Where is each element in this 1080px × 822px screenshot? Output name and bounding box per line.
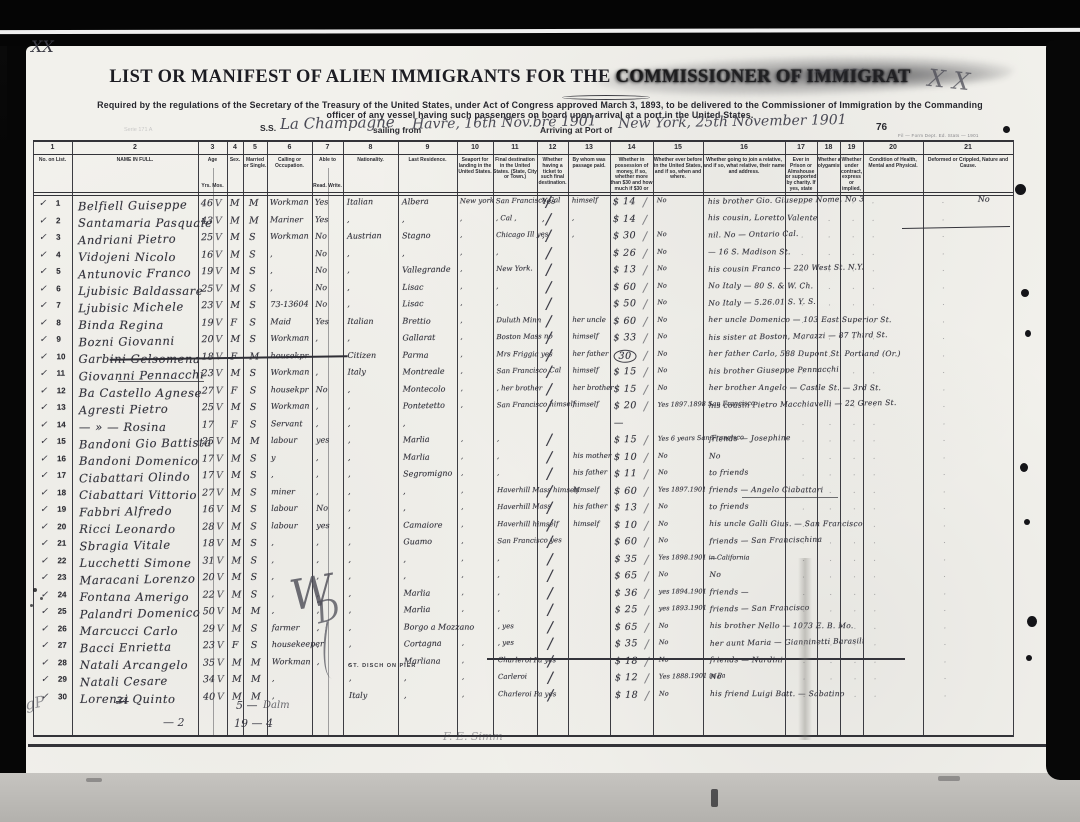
cell-mar: M	[250, 436, 260, 447]
cell-able: ,	[316, 368, 319, 377]
cell-money: $ 30	[613, 230, 636, 241]
cell-no: 3	[56, 233, 61, 242]
ditto-dot: ·	[852, 301, 854, 309]
cell-nat: ,	[349, 605, 352, 614]
ditto-dot: ·	[873, 437, 875, 445]
cell-before: No	[657, 248, 667, 256]
money-slash: ∕	[644, 383, 648, 397]
cell-port: ,	[462, 622, 464, 630]
cell-chk: ✓	[41, 607, 49, 617]
cell-able: ,	[316, 555, 319, 564]
cell-no: 21	[57, 539, 66, 548]
cell-rel: his friend Luigi Batt. — Sabatino	[710, 689, 845, 698]
cell-res: ,	[403, 555, 406, 564]
ditto-dot: ·	[854, 607, 856, 615]
cell-occ: ,	[272, 606, 275, 615]
column-number: 21	[923, 141, 1013, 153]
cell-nat: Austrian	[347, 231, 382, 241]
ticket-slash: ∕	[546, 278, 551, 296]
cell-occ: Servant	[271, 419, 303, 428]
enumerator-tick: V	[215, 250, 222, 261]
cell-name: Ricci Leonardo	[79, 522, 175, 536]
cell-before: Yes 1897.1901	[658, 486, 706, 494]
cell-before: No	[659, 690, 669, 698]
ditto-dot: ·	[872, 251, 874, 259]
ditto-dot: ·	[801, 285, 803, 293]
cell-occ: ,	[272, 674, 275, 683]
cell-no: 27	[58, 641, 67, 650]
cell-dest: Haverhill Mass	[497, 502, 551, 511]
cell-mar: M	[251, 606, 261, 617]
money-slash: ∕	[645, 689, 649, 703]
column-number: 4	[227, 141, 243, 153]
cell-rel: No	[710, 672, 722, 681]
enumerator-tick: V	[217, 606, 224, 617]
cell-rel: his brother Nello — 1073 E. B. Mo.	[710, 621, 854, 630]
ink-blot	[1027, 616, 1037, 627]
cell-dest: Chicago Ill yes	[496, 230, 548, 239]
cell-money: $ 15	[614, 384, 637, 395]
summary-dalm: Dalm	[263, 700, 290, 711]
cell-mar: S	[250, 521, 257, 532]
ditto-dot: ·	[830, 675, 832, 683]
ditto-dot: ·	[943, 522, 945, 530]
cell-name: Binda Regina	[78, 318, 163, 332]
money-slash: ∕	[645, 603, 649, 617]
cell-occ: ,	[271, 572, 274, 581]
ticket-slash: ∕	[547, 431, 552, 449]
cell-no: 2	[56, 216, 60, 225]
cell-occ: Mariner	[270, 215, 303, 224]
money-slash: ∕	[644, 485, 648, 499]
cell-mar: S	[250, 487, 257, 498]
cell-before: No	[657, 298, 667, 306]
enumerator-tick: V	[215, 318, 222, 329]
ditto-dot: ·	[854, 625, 856, 633]
cell-mar: M	[251, 674, 261, 685]
ticket-slash: ∕	[547, 499, 552, 517]
ditto-dot: ·	[801, 301, 803, 309]
cell-occ: ,	[271, 555, 274, 564]
ditto-dot: ·	[872, 285, 874, 293]
ticket-slash: ∕	[547, 567, 552, 585]
column-header: Condition of Health, Mental and Physical…	[863, 156, 923, 192]
ditto-dot: ·	[852, 285, 854, 293]
cell-no: 24	[58, 590, 67, 599]
ticket-slash: ∕	[547, 465, 552, 483]
cell-yrs: 23	[202, 368, 214, 379]
ditto-dot: ·	[801, 319, 803, 327]
cell-port: ,	[462, 588, 464, 596]
cell-able: ,	[316, 470, 319, 479]
cell-rel: nil. No — Ontario Cal.	[708, 229, 799, 240]
cell-nat: Italian	[347, 317, 373, 326]
cell-nat: ,	[348, 571, 351, 580]
ink-spatter	[40, 597, 43, 600]
ticket-slash: ∕	[548, 618, 553, 636]
cell-money: $ 14	[613, 196, 636, 207]
cell-res: ,	[403, 571, 406, 580]
cell-occ: labour	[271, 436, 297, 445]
cell-no: 17	[57, 471, 66, 480]
ditto-dot: ·	[943, 352, 945, 360]
ditto-dot: ·	[829, 557, 831, 565]
cell-yrs: 23	[203, 640, 215, 651]
cell-res: Camaiore	[403, 521, 442, 530]
cell-mar: S	[250, 385, 257, 396]
cell-sex: M	[230, 198, 240, 209]
ticket-slash: ∕	[547, 550, 552, 568]
cell-money: $ 33	[613, 332, 636, 343]
column-header: No. on List.	[33, 156, 72, 192]
cell-yrs: 17	[202, 454, 214, 465]
cell-res: Brettio	[402, 317, 430, 326]
ditto-dot: ·	[802, 455, 804, 463]
cell-mar: S	[250, 402, 257, 413]
cell-yrs: 25	[201, 232, 213, 243]
cell-sex: M	[231, 436, 241, 447]
cell-able: Yes	[315, 197, 329, 206]
column-number: 10	[457, 141, 493, 153]
ticket-slash: ∕	[547, 397, 552, 415]
cell-money: $ 18	[615, 690, 638, 701]
enumerator-tick: V	[217, 658, 224, 669]
cell-nat: ,	[347, 299, 350, 308]
ditto-dot: ·	[944, 658, 946, 666]
cell-res: Marlia	[404, 605, 431, 614]
cell-dest: ,	[497, 469, 499, 477]
ditto-dot: ·	[874, 625, 876, 633]
ditto-dot: ·	[830, 591, 832, 599]
cell-mar: M	[251, 657, 261, 668]
ditto-dot: ·	[853, 573, 855, 581]
ditto-dot: ·	[828, 251, 830, 259]
cell-port: ,	[461, 469, 463, 477]
cell-mar: S	[250, 368, 257, 379]
money-slash: ∕	[643, 247, 647, 261]
cell-port: ,	[461, 435, 463, 443]
ditto-dot: ·	[854, 659, 856, 667]
cell-no: 7	[56, 301, 61, 310]
cell-rel: —	[709, 553, 717, 562]
cell-name: — » — Rosina	[79, 420, 167, 434]
cell-chk: ✓	[40, 437, 48, 447]
cell-chk: ✓	[39, 284, 47, 294]
enumerator-tick: V	[216, 556, 223, 567]
cell-dest: ,	[496, 248, 498, 256]
cell-occ: y	[271, 453, 276, 462]
ditto-dot: ·	[829, 387, 831, 395]
cell-before: No	[658, 452, 668, 460]
cell-mar: S	[250, 470, 257, 481]
cell-chk: ✓	[40, 420, 48, 430]
cell-res: Stagno	[402, 231, 431, 240]
cell-mar: S	[251, 640, 258, 651]
cell-dest: ,	[496, 282, 498, 290]
cell-able: ,	[317, 640, 320, 649]
ticket-slash: ∕	[548, 652, 553, 670]
cell-occ: Workman	[272, 657, 311, 666]
ditto-dot: ·	[872, 233, 874, 241]
cell-pay: himself	[573, 366, 599, 374]
ditto-dot: ·	[873, 403, 875, 411]
cell-nat: ,	[348, 453, 351, 462]
cell-nat: ,	[348, 469, 351, 478]
cell-sex: M	[231, 487, 241, 498]
cell-res: Segromigno	[403, 469, 452, 479]
ticket-slash: ∕	[547, 533, 552, 551]
ditto-dot: ·	[852, 199, 854, 207]
ditto-dot: ·	[828, 285, 830, 293]
cell-sex: M	[231, 368, 241, 379]
column-header: Ever in Prison or Almshouse or supported…	[785, 156, 817, 192]
cell-occ: ,	[271, 538, 274, 547]
enumerator-tick: V	[216, 522, 223, 533]
cell-rel: — 16 S. Madison St.	[708, 247, 791, 256]
ticket-slash: ∕	[546, 295, 551, 313]
manifest-scan: XX Serie 171 A LIST OR MANIFEST OF ALIEN…	[0, 0, 1080, 822]
cell-name: Fontana Amerigo	[80, 590, 190, 604]
money-slash: ∕	[644, 553, 648, 567]
enumerator-tick: V	[217, 674, 224, 685]
ticket-slash: ∕	[546, 329, 551, 347]
cell-res: Marlia	[403, 435, 430, 444]
scan-top-bar	[0, 0, 1080, 46]
ditto-dot: ·	[873, 557, 875, 565]
cell-able: Yes	[315, 317, 328, 326]
cell-rel: his cousin Franco — 220 West St. N.Y.	[708, 262, 864, 274]
cell-mar: S	[249, 300, 256, 311]
ditto-dot: ·	[874, 675, 876, 683]
cell-yrs: 25	[202, 436, 214, 447]
column-number: 19	[840, 141, 863, 153]
ditto-dot: ·	[942, 301, 944, 309]
cell-port: ,	[461, 367, 463, 375]
cell-yrs: 17	[202, 420, 214, 431]
cell-no: 6	[56, 284, 60, 293]
ticket-slash: ∕	[546, 312, 551, 330]
cell-before: No	[659, 656, 669, 664]
cell-nat: ,	[348, 401, 351, 410]
money-slash: ∕	[644, 365, 648, 379]
top-right-mark: X X	[927, 64, 972, 96]
cell-port: ,	[460, 299, 462, 307]
ditto-dot: ·	[829, 505, 831, 513]
cell-yrs: 27	[202, 488, 214, 499]
column-header: Nationality.	[343, 156, 398, 192]
cell-able: ,	[317, 657, 320, 666]
ditto-dot: ·	[830, 625, 832, 633]
cell-pay: her uncle	[572, 316, 606, 324]
money-slash: ∕	[643, 213, 647, 227]
column-number: 8	[343, 141, 398, 153]
ditto-dot: ·	[802, 421, 804, 429]
stray-scrawl: ~⁓~	[811, 56, 866, 84]
cell-sex: M	[231, 402, 241, 413]
cell-occ: 73-13604	[270, 299, 308, 309]
cell-occ: housekpr	[271, 385, 309, 394]
cell-rel: friends — San Francischina	[709, 535, 822, 546]
cell-res: Montreale	[403, 367, 445, 377]
ditto-dot: ·	[828, 267, 830, 275]
cell-money: $ 14	[613, 214, 636, 225]
ditto-dot: ·	[873, 353, 875, 361]
cell-money: $ 12	[615, 672, 638, 683]
ditto-dot: ·	[802, 523, 804, 531]
ditto-dot: ·	[853, 505, 855, 513]
cell-mar: S	[249, 266, 256, 277]
column-header: Whether going to join a relative, and if…	[703, 156, 785, 192]
ticket-slash: ∕	[547, 482, 552, 500]
cell-chk: ✓	[41, 675, 49, 685]
cell-rel: friends — Angelo Ciabattari	[709, 485, 823, 494]
ink-spatter	[33, 588, 37, 592]
cell-port: ,	[460, 265, 462, 273]
cell-sex: M	[232, 657, 242, 668]
ditto-dot: ·	[853, 523, 855, 531]
ditto-dot: ·	[872, 267, 874, 275]
cell-pay: his mother	[573, 452, 611, 460]
ink-blot	[1015, 184, 1026, 195]
cell-no: 20	[57, 522, 66, 531]
cell-name: Belfiell Guiseppe	[78, 198, 188, 214]
cell-dest: ,	[497, 571, 499, 579]
ticket-slash: ∕	[548, 686, 553, 704]
cell-res: Lisac	[402, 283, 423, 292]
cell-dest: Boston Mass no	[496, 332, 552, 341]
table-hline	[33, 154, 1013, 155]
cell-mar: S	[249, 232, 256, 243]
money-slash: ∕	[644, 433, 648, 447]
money-slash: ∕	[643, 331, 647, 345]
ditto-dot: ·	[852, 233, 854, 241]
column-number: 18	[817, 141, 840, 153]
cell-rel: friends — Nardini	[710, 655, 783, 664]
ditto-dot: ·	[852, 251, 854, 259]
ditto-dot: ·	[829, 539, 831, 547]
cell-res: ,	[402, 249, 405, 258]
cell-rel: No	[709, 451, 721, 460]
page-number: 76	[876, 122, 887, 133]
cell-no: 15	[57, 437, 66, 446]
ditto-dot: ·	[853, 539, 855, 547]
cell-yrs: 46	[201, 198, 213, 209]
ditto-dot: ·	[873, 455, 875, 463]
cell-chk: ✓	[39, 250, 47, 260]
cell-nat: ,	[349, 673, 352, 682]
cell-chk: ✓	[41, 641, 49, 651]
cell-pay: himself	[573, 400, 599, 408]
cell-mar: S	[250, 453, 257, 464]
cell-mar: S	[250, 538, 257, 549]
column-number: 12	[537, 141, 568, 153]
cell-chk: ✓	[40, 352, 48, 362]
ditto-dot: ·	[872, 335, 874, 343]
cell-port: ,	[461, 350, 463, 358]
cell-sex: M	[230, 249, 240, 260]
cell-chk: ✓	[40, 454, 48, 464]
cell-chk: ✓	[41, 658, 49, 668]
cell-nat: ,	[347, 265, 350, 274]
ink-stamp-core	[752, 63, 1010, 87]
cell-able: No	[316, 385, 328, 394]
cell-dest: Haverhill Mass himself	[497, 486, 579, 494]
ditto-dot: ·	[943, 454, 945, 462]
cell-res: Guamo	[403, 537, 432, 546]
cell-pay: ,	[572, 214, 574, 222]
ditto-dot: ·	[802, 471, 804, 479]
cell-chk: ✓	[39, 318, 47, 328]
cell-nat: ,	[347, 249, 350, 258]
cell-no: 22	[57, 556, 66, 565]
cell-yrs: 16	[202, 504, 214, 515]
cell-yrs: 35	[203, 658, 215, 669]
ditto-dot: ·	[943, 437, 945, 445]
column-header: Whether ever before in the United States…	[653, 156, 703, 192]
column-subheader: Yrs. Mos.	[198, 183, 227, 189]
cell-sex: M	[230, 283, 240, 294]
cell-port: ,	[461, 571, 463, 579]
ditto-dot: ·	[874, 659, 876, 667]
cell-sex: M	[231, 555, 241, 566]
bottom-band-mark	[938, 776, 960, 781]
ditto-dot: ·	[873, 387, 875, 395]
cell-name: Ciabattari Vittorio	[79, 488, 197, 502]
underline-row11	[118, 381, 204, 382]
money-slash: ∕	[644, 569, 648, 583]
cell-no: 23	[57, 573, 66, 582]
ditto-dot: ·	[943, 505, 945, 513]
cell-name: Palandri Domenico	[80, 605, 201, 621]
ditto-dot: ·	[942, 284, 944, 292]
cell-mar: S	[249, 249, 256, 260]
cell-able: ,	[316, 487, 319, 496]
ditto-dot: ·	[829, 489, 831, 497]
cell-able: No	[315, 283, 327, 292]
cell-res: Gallarat	[402, 333, 435, 343]
ditto-dot: ·	[801, 267, 803, 275]
cell-port: ,	[462, 673, 464, 681]
ticket-slash: ∕	[546, 193, 551, 211]
cell-rel: No	[709, 570, 721, 579]
cell-sex: M	[230, 232, 240, 243]
cell-port: ,	[461, 554, 463, 562]
cell-port: ,	[461, 537, 463, 545]
enumerator-tick: V	[215, 216, 222, 227]
cell-money: $ 60	[614, 536, 637, 547]
cell-before: No	[659, 638, 669, 646]
ditto-dot: ·	[872, 319, 874, 327]
ditto-dot: ·	[829, 353, 831, 361]
ditto-dot: ·	[942, 199, 944, 207]
cell-nat: ,	[348, 487, 351, 496]
ditto-dot: ·	[943, 403, 945, 411]
cell-res: ,	[403, 487, 406, 496]
cell-yrs: 34	[203, 674, 215, 685]
cell-money: $ 13	[613, 264, 636, 275]
ditto-dot: ·	[942, 335, 944, 343]
cell-money: $ 10	[614, 520, 637, 531]
cell-money: $ 35	[614, 554, 637, 565]
cell-yrs: 20	[201, 334, 213, 345]
cell-port: ,	[461, 486, 463, 494]
enumerator-tick: V	[216, 454, 223, 465]
cell-before: No	[657, 282, 667, 290]
bottom-band-mark	[711, 789, 718, 807]
cell-occ: farmer	[272, 623, 300, 632]
cell-no: 4	[56, 250, 60, 259]
cell-port: ,	[461, 401, 463, 409]
